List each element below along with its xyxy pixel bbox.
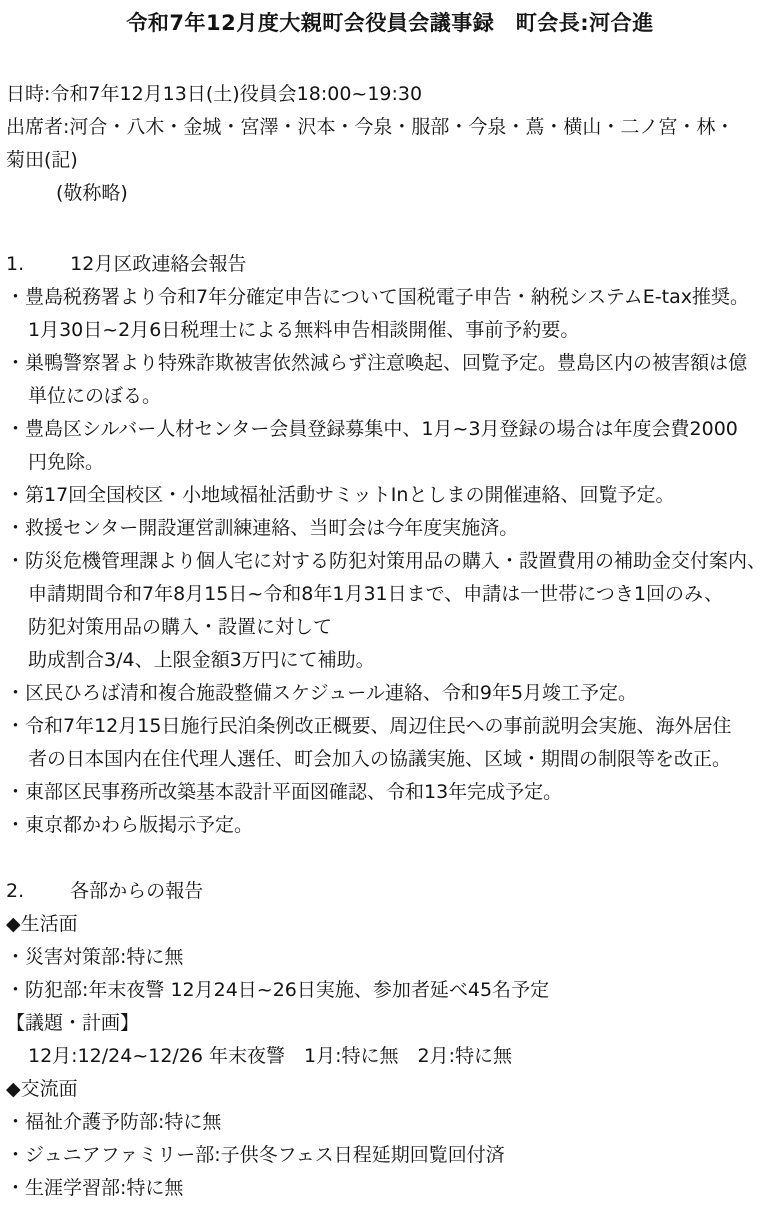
document-line: 円免除。 bbox=[28, 446, 774, 479]
meeting-datetime: 日時:令和7年12月13日(土)役員会18:00~19:30 bbox=[6, 78, 774, 111]
document-line: ・生涯学習部:特に無 bbox=[6, 1172, 774, 1205]
document-line: ・防災危機管理課より個人宅に対する防犯対策用品の購入・設置費用の補助金交付案内、 bbox=[6, 545, 774, 578]
document-line: 12月:12/24~12/26 年末夜警 1月:特に無 2月:特に無 bbox=[28, 1040, 774, 1073]
document-line: ・東京都かわら版掲示予定。 bbox=[6, 809, 774, 842]
document-line: ・救援センター開設運営訓練連絡、当町会は今年度実施済。 bbox=[6, 512, 774, 545]
section-1-heading: 1.12月区政連絡会報告 bbox=[6, 248, 774, 281]
document-line: 助成割合3/4、上限金額3万円にて補助。 bbox=[28, 644, 774, 677]
document-line: 防犯対策用品の購入・設置に対して bbox=[28, 611, 774, 644]
document-line: ・区民ひろば清和複合施設整備スケジュール連絡、令和9年5月竣工予定。 bbox=[6, 677, 774, 710]
document-line: ・巣鴨警察署より特殊詐欺被害依然減らず注意喚起、回覧予定。豊島区内の被害額は億 bbox=[6, 347, 774, 380]
honorifics-note: (敬称略) bbox=[56, 177, 774, 210]
document-line: ・豊島区シルバー人材センター会員登録募集中、1月~3月登録の場合は年度会費200… bbox=[6, 413, 774, 446]
document-line: ・災害対策部:特に無 bbox=[6, 941, 774, 974]
document-line: ・令和7年12月15日施行民泊条例改正概要、周辺住民への事前説明会実施、海外居住 bbox=[6, 710, 774, 743]
document-line: ・ジュニアファミリー部:子供冬フェス日程延期回覧回付済 bbox=[6, 1139, 774, 1172]
attendees-line: 出席者:河合・八木・金城・宮澤・沢本・今泉・服部・今泉・蔦・横山・二ノ宮・林・ bbox=[6, 111, 774, 144]
document-line: 【議題・計画】 bbox=[6, 1007, 774, 1040]
document-line: 者の日本国内在住代理人選任、町会加入の協議実施、区域・期間の制限等を改正。 bbox=[28, 743, 774, 776]
document-line: ◆交流面 bbox=[6, 1073, 774, 1106]
document-line: 申請期間令和7年8月15日~令和8年1月31日まで、申請は一世帯につき1回のみ、 bbox=[28, 578, 774, 611]
document-line: ・第17回全国校区・小地域福祉活動サミットInとしまの開催連絡、回覧予定。 bbox=[6, 479, 774, 512]
document-line: ・防犯部:年末夜警 12月24日~26日実施、参加者延べ45名予定 bbox=[6, 974, 774, 1007]
section-2-heading: 2.各部からの報告 bbox=[6, 875, 774, 908]
section-2-number: 2. bbox=[6, 880, 24, 902]
document-line: ・福祉介護予防部:特に無 bbox=[6, 1106, 774, 1139]
attendees-continuation: 菊田(記) bbox=[6, 144, 774, 177]
document-line: 1月30日~2月6日税理士による無料申告相談開催、事前予約要。 bbox=[28, 314, 774, 347]
document-line: ◆生活面 bbox=[6, 908, 774, 941]
document-line: ・豊島税務署より令和7年分確定申告について国税電子申告・納税システムE-tax推… bbox=[6, 281, 774, 314]
section-1-title: 12月区政連絡会報告 bbox=[70, 253, 246, 275]
section-2-title: 各部からの報告 bbox=[70, 880, 203, 902]
meeting-minutes-document: 令和7年12月度大親町会役員会議事録 町会長:河合進 日時:令和7年12月13日… bbox=[0, 0, 780, 1215]
document-line: ・東部区民事務所改築基本設計平面図確認、令和13年完成予定。 bbox=[6, 776, 774, 809]
document-title: 令和7年12月度大親町会役員会議事録 町会長:河合進 bbox=[6, 8, 774, 38]
document-line: 単位にのぼる。 bbox=[28, 380, 774, 413]
section-1-number: 1. bbox=[6, 253, 24, 275]
